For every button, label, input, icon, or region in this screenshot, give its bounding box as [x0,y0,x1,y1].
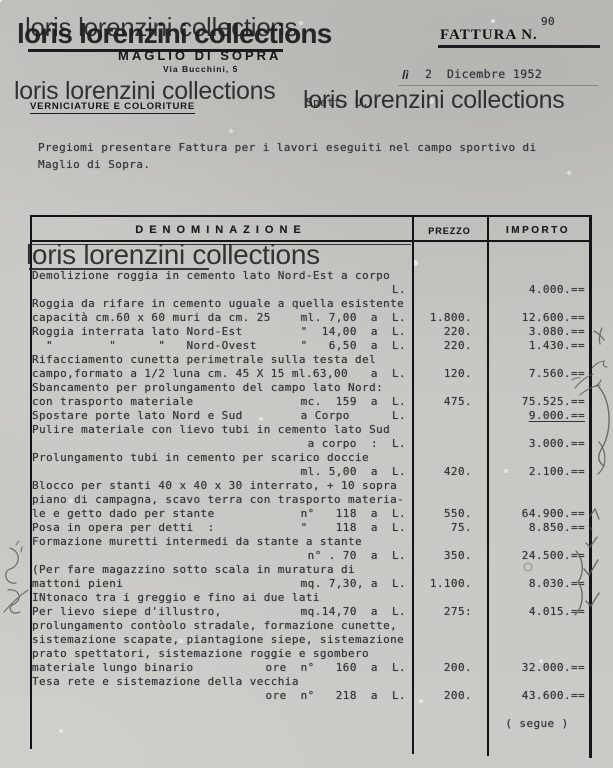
intro-line-1: Pregiomi presentare Fattura per i lavori… [38,141,537,154]
table-row: (Per fare magazzino sotto scala in murat… [32,563,588,577]
cell-prezzo [410,633,486,647]
cell-importo: 12.600.== [486,311,588,325]
table-row: le e getto dado per stanten° 118 a L.550… [32,507,588,521]
cell-prezzo [410,283,486,297]
line-description: Pulire materiale con lievo tubi in cemen… [32,423,390,437]
cell-importo: 7.560.== [486,367,588,381]
cell-importo: 3.000.== [486,437,588,451]
line-description: materiale lungo binario [32,661,194,675]
table-row: Per lievo siepe d'illustro,mq.14,70 a L.… [32,605,588,619]
line-quantity: a corpo : L. [308,437,410,451]
cell-prezzo: 550. [410,507,486,521]
cell-denominazione: Blocco per stanti 40 x 40 x 30 interrato… [32,479,410,493]
cell-importo [486,563,588,577]
line-description: prato spettatori, sistemazione roggie e … [32,647,369,661]
table-row: capacità cm.60 x 60 muri da cm. 25ml. 7,… [32,311,588,325]
cell-importo: 64.900.== [486,507,588,521]
company-location: MAGLIO DI SOPRA [118,48,281,63]
cell-denominazione: piano di campagna, scavo terra con trasp… [32,493,410,507]
cell-prezzo: 220. [410,325,486,339]
table-row: mattoni pienimq. 7,30, a L.1.100.8.030.=… [32,577,588,591]
line-description: Formazione muretti intermedi da stante a… [32,535,362,549]
cell-prezzo [410,563,486,577]
line-description: mattoni pieni [32,577,123,591]
cell-denominazione: Roggia interrata lato Nord-Est" 14,00 a … [32,325,410,339]
dust-speckles [0,0,2,2]
continuation-note: ( segue ) [487,717,587,730]
cell-denominazione: prato spettatori, sistemazione roggie e … [32,647,410,661]
line-description: capacità cm.60 x 60 muri da cm. 25 [32,311,271,325]
line-quantity: ore n° 160 a L. [266,661,410,675]
table-row: a corpo : L.3.000.== [32,437,588,451]
cell-importo [486,381,588,395]
cell-importo: 8.030.== [486,577,588,591]
cell-prezzo: 200. [410,689,486,703]
company-tagline: VERNICIATURE E COLORITURE [30,101,195,114]
line-quantity: mq. 7,30, a L. [301,577,410,591]
table-row: Tesa rete e sistemazione della vecchia [32,675,588,689]
table-row: " " " Nord-Ovest" 6,50 a L.220.1.430.== [32,339,588,353]
cell-denominazione: mattoni pienimq. 7,30, a L. [32,577,410,591]
line-quantity: a L. [371,367,410,381]
line-description: Tesa rete e sistemazione della vecchia [32,675,299,689]
cell-importo [486,633,588,647]
cell-denominazione: L. [32,283,410,297]
line-description: prolungamento contòolo stradale, formazi… [32,619,397,633]
table-row: Sbancamento per prolungamento del campo … [32,381,588,395]
cell-importo [486,353,588,367]
cell-denominazione: Per lievo siepe d'illustro,mq.14,70 a L. [32,605,410,619]
cell-prezzo [410,353,486,367]
cell-prezzo [410,437,486,451]
line-quantity: mc. 159 a L. [301,395,410,409]
cell-prezzo: 420. [410,465,486,479]
cell-denominazione: Prolungamento tubi in cemento per scaric… [32,451,410,465]
cell-importo: 1.430.== [486,339,588,353]
cell-importo [486,535,588,549]
cell-denominazione: Pulire materiale con lievo tubi in cemen… [32,423,410,437]
table-row: n° . 70 a L.350.24.500.== [32,549,588,563]
intro-line-2: Maglio di Sopra. [38,158,150,171]
cell-denominazione: capacità cm.60 x 60 muri da cm. 25ml. 7,… [32,311,410,325]
line-description: piano di campagna, scavo terra con trasp… [32,493,404,507]
cell-prezzo: 120. [410,367,486,381]
date-value: 2 Dicembre 1952 [425,67,542,81]
line-description: le e getto dado per stante [32,507,215,521]
cell-denominazione: Spostare porte lato Nord e Suda Corpo L. [32,409,410,423]
line-description: Blocco per stanti 40 x 40 x 30 interrato… [32,479,397,493]
table-row: Roggia da rifare in cemento uguale a que… [32,297,588,311]
line-quantity: L. [392,283,410,297]
table-row: Rifacciamento cunetta perimetrale sulla … [32,353,588,367]
cell-prezzo: 1.100. [410,577,486,591]
line-description: (Per fare magazzino sotto scala in murat… [32,563,355,577]
table-border-right [589,215,592,758]
cell-denominazione: campo,formato a 1/2 luna cm. 45 X 15 ml.… [32,367,410,381]
cell-prezzo [410,591,486,605]
line-quantity: " 118 a L. [301,521,410,535]
line-description: con trasporto materiale [32,395,194,409]
cell-importo: 43.600.== [486,689,588,703]
cell-prezzo: 220. [410,339,486,353]
cell-denominazione: prolungamento contòolo stradale, formazi… [32,619,410,633]
cell-denominazione: con trasporto materialemc. 159 a L. [32,395,410,409]
cell-denominazione: Demolizione roggia in cemento lato Nord-… [32,269,410,283]
table-row: sistemazione scapate, piantagione siepe,… [32,633,588,647]
column-header-importo: IMPORTO [487,225,589,236]
cell-prezzo: 475. [410,395,486,409]
line-description: Prolungamento tubi in cemento per scaric… [32,451,369,465]
table-row: INtonaco tra i greggio e fino ai due lat… [32,591,588,605]
line-description: Rifacciamento cunetta perimetrale sulla … [32,353,376,367]
cell-importo [486,619,588,633]
cell-prezzo [410,269,486,283]
line-description: INtonaco tra i greggio e fino ai due lat… [32,591,320,605]
cell-importo: 8.850.== [486,521,588,535]
line-description: Per lievo siepe d'illustro, [32,605,222,619]
cell-prezzo: 350. [410,549,486,563]
table-row: Prolungamento tubi in cemento per scaric… [32,451,588,465]
cell-denominazione: Rifacciamento cunetta perimetrale sulla … [32,353,410,367]
cell-prezzo [410,297,486,311]
table-row: Demolizione roggia in cemento lato Nord-… [32,269,588,283]
cell-importo: 4.015.== [486,605,588,619]
cell-denominazione: ml. 5,00 a L. [32,465,410,479]
cell-prezzo: 75. [410,521,486,535]
cell-denominazione: " " " Nord-Ovest" 6,50 a L. [32,339,410,353]
cell-prezzo [410,409,486,423]
invoice-line-items: Demolizione roggia in cemento lato Nord-… [32,269,588,703]
column-header-denominazione: DENOMINAZIONE [30,224,412,236]
cell-importo: 4.000.== [486,283,588,297]
cell-importo: 2.100.== [486,465,588,479]
cell-denominazione: materiale lungo binarioore n° 160 a L. [32,661,410,675]
cell-denominazione: le e getto dado per stanten° 118 a L. [32,507,410,521]
table-row: Blocco per stanti 40 x 40 x 30 interrato… [32,479,588,493]
cell-denominazione: ore n° 218 a L. [32,689,410,703]
cell-prezzo [410,423,486,437]
table-row: campo,formato a 1/2 luna cm. 45 X 15 ml.… [32,367,588,381]
table-row: Formazione muretti intermedi da stante a… [32,535,588,549]
cell-importo: 9.000.== [486,409,588,423]
scanned-invoice-page: { "watermark": { "text": "loris lorenzin… [0,0,613,768]
cell-prezzo: 1.800. [410,311,486,325]
watermark-top-left: loris lorenzini collections [25,12,297,43]
cell-denominazione: Tesa rete e sistemazione della vecchia [32,675,410,689]
cell-denominazione: a corpo : L. [32,437,410,451]
line-quantity: n° 118 a L. [301,507,410,521]
cell-prezzo: 275: [410,605,486,619]
line-quantity: ml. 5,00 a L. [301,465,410,479]
invoice-number-label: FATTURA N. [440,27,538,44]
cell-importo [486,423,588,437]
cell-prezzo [410,675,486,689]
cell-prezzo [410,493,486,507]
table-row: materiale lungo binarioore n° 160 a L.20… [32,661,588,675]
cell-prezzo [410,451,486,465]
table-row: con trasporto materialemc. 159 a L.475.7… [32,395,588,409]
invoice-number-rule [438,45,600,48]
line-description: sistemazione scapate, piantagione siepe,… [32,633,404,647]
date-prefix: lì [402,68,409,82]
table-row: Roggia interrata lato Nord-Est" 14,00 a … [32,325,588,339]
cell-denominazione: (Per fare magazzino sotto scala in murat… [32,563,410,577]
cell-importo: 32.000.== [486,661,588,675]
company-address: Via Bucchini, 5 [163,64,238,74]
cell-denominazione: sistemazione scapate, piantagione siepe,… [32,633,410,647]
cell-importo: 3.080.== [486,325,588,339]
table-border-top [30,215,591,217]
watermark-table: loris lorenzini collections [26,239,320,271]
line-quantity: ore n° 218 a L. [266,689,410,703]
line-quantity: " 14,00 a L. [301,325,410,339]
line-description: " " " Nord-Ovest [32,339,257,353]
cell-denominazione: Sbancamento per prolungamento del campo … [32,381,410,395]
line-description: Sbancamento per prolungamento del campo … [32,381,383,395]
table-row: Posa in opera per detti :" 118 a L.75.8.… [32,521,588,535]
line-description: Roggia da rifare in cemento uguale a que… [32,297,404,311]
cell-importo [486,479,588,493]
table-row: L.4.000.== [32,283,588,297]
line-quantity: mq.14,70 a L. [301,605,410,619]
line-description: Posa in opera per detti : [32,521,215,535]
line-description: Demolizione roggia in cemento lato Nord-… [32,269,390,283]
cell-importo [486,269,588,283]
line-quantity: " 6,50 a L. [301,339,410,353]
cell-importo [486,647,588,661]
column-header-prezzo: PREZZO [412,226,487,236]
table-row: ml. 5,00 a L.420.2.100.== [32,465,588,479]
cell-denominazione: Roggia da rifare in cemento uguale a que… [32,297,410,311]
table-row: Spostare porte lato Nord e Suda Corpo L.… [32,409,588,423]
invoice-number-value: 90 [541,15,555,28]
table-row: prato spettatori, sistemazione roggie e … [32,647,588,661]
cell-denominazione: n° . 70 a L. [32,549,410,563]
cell-importo [486,493,588,507]
cell-prezzo [410,535,486,549]
line-description: campo,formato a 1/2 luna cm. 45 X 15 ml.… [32,367,348,381]
line-description: Spostare porte lato Nord e Sud [32,409,243,423]
table-row: piano di campagna, scavo terra con trasp… [32,493,588,507]
line-description: Roggia interrata lato Nord-Est [32,325,243,339]
cell-prezzo [410,647,486,661]
cell-importo [486,591,588,605]
table-row: ore n° 218 a L.200.43.600.== [32,689,588,703]
table-row: prolungamento contòolo stradale, formazi… [32,619,588,633]
cell-denominazione: INtonaco tra i greggio e fino ai due lat… [32,591,410,605]
cell-prezzo [410,479,486,493]
line-quantity: ml. 7,00 a L. [301,311,410,325]
table-row: Pulire materiale con lievo tubi in cemen… [32,423,588,437]
cell-prezzo [410,619,486,633]
cell-denominazione: Posa in opera per detti :" 118 a L. [32,521,410,535]
line-quantity: a Corpo L. [301,409,410,423]
cell-importo: 24.500.== [486,549,588,563]
cell-prezzo: 200. [410,661,486,675]
cell-importo: 75.525.== [486,395,588,409]
watermark-addressee: loris lorenzini collections [303,86,564,115]
cell-importo [486,451,588,465]
cell-importo [486,675,588,689]
line-quantity: n° . 70 a L. [308,549,410,563]
cell-denominazione: Formazione muretti intermedi da stante a… [32,535,410,549]
cell-importo [486,297,588,311]
cell-prezzo [410,381,486,395]
